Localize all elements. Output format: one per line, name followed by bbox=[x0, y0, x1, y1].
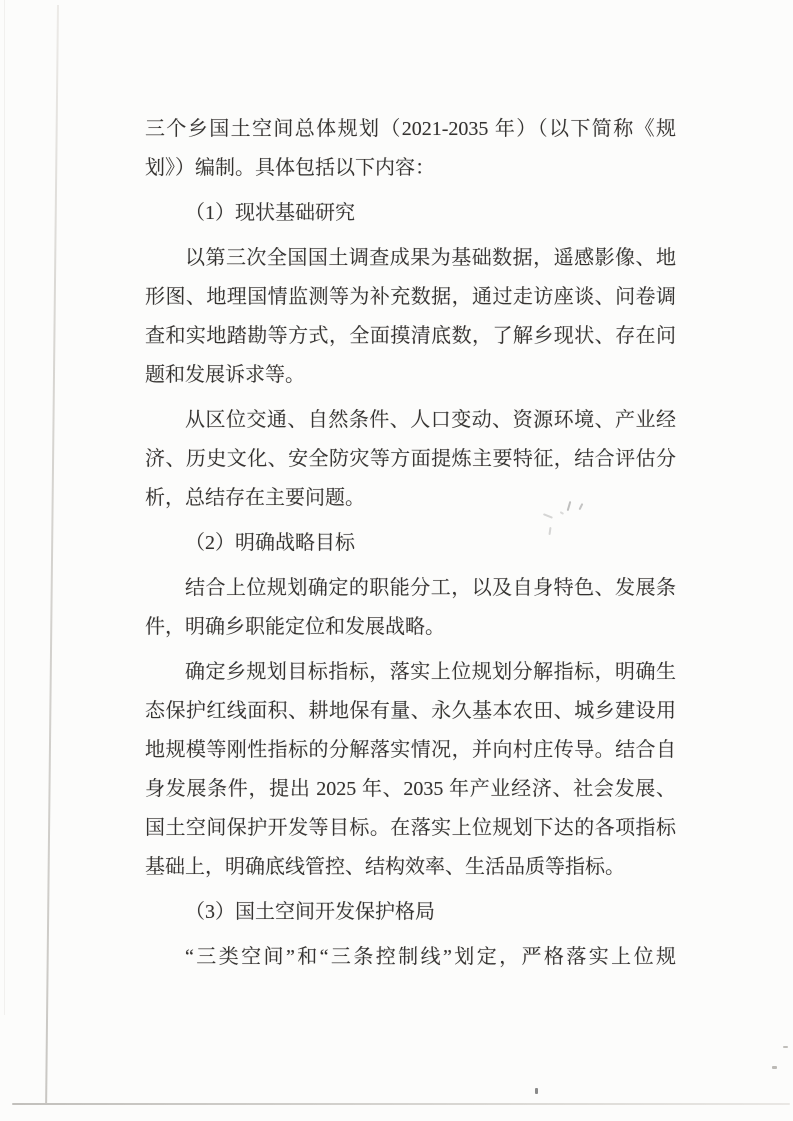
text-line: 划》）编制。具体包括以下内容： bbox=[145, 149, 676, 188]
text-line: 题和发展诉求等。 bbox=[145, 356, 676, 395]
text-line: 态保护红线面积、耕地保有量、永久基本农田、城乡建设用 bbox=[145, 692, 676, 731]
page-bottom-edge-line bbox=[12, 1103, 790, 1105]
text-line: 件，明确乡职能定位和发展战略。 bbox=[145, 608, 676, 647]
page-fold-line bbox=[45, 5, 59, 1104]
text-line: 析，总结存在主要问题。 bbox=[145, 479, 676, 518]
text-line: 查和实地踏勘等方式，全面摸清底数，了解乡现状、存在问 bbox=[145, 317, 676, 356]
text-line: 基础上，明确底线管控、结构效率、生活品质等指标。 bbox=[145, 848, 676, 887]
scan-speck bbox=[772, 1066, 777, 1069]
text-line: 确定乡规划目标指标，落实上位规划分解指标，明确生 bbox=[145, 653, 676, 692]
text-line: 从区位交通、自然条件、人口变动、资源环境、产业经 bbox=[145, 401, 676, 440]
text-line: 三个乡国土空间总体规划（2021-2035 年）（以下简称《规 bbox=[145, 110, 676, 149]
text-line: 以第三次全国国土调查成果为基础数据，遥感影像、地 bbox=[145, 239, 676, 278]
text-line: 地规模等刚性指标的分解落实情况，并向村庄传导。结合自 bbox=[145, 731, 676, 770]
text-line: （3）国土空间开发保护格局 bbox=[145, 893, 676, 932]
text-line: （1）现状基础研究 bbox=[145, 194, 676, 233]
text-line: 结合上位规划确定的职能分工，以及自身特色、发展条 bbox=[145, 569, 676, 608]
scan-speck bbox=[783, 1046, 788, 1048]
text-line: 身发展条件，提出 2025 年、2035 年产业经济、社会发展、 bbox=[145, 770, 676, 809]
scan-left-margin-line bbox=[4, 0, 5, 1015]
text-line: 济、历史文化、安全防灾等方面提炼主要特征，结合评估分 bbox=[145, 440, 676, 479]
text-line: 形图、地理国情监测等为补充数据，通过走访座谈、问卷调 bbox=[145, 278, 676, 317]
scanned-page: 三个乡国土空间总体规划（2021-2035 年）（以下简称《规划》）编制。具体包… bbox=[0, 0, 793, 1121]
text-line: 国土空间保护开发等目标。在落实上位规划下达的各项指标 bbox=[145, 809, 676, 848]
document-text-block: 三个乡国土空间总体规划（2021-2035 年）（以下简称《规划》）编制。具体包… bbox=[145, 110, 676, 977]
text-line: （2）明确战略目标 bbox=[145, 524, 676, 563]
text-line: “三类空间”和“三条控制线”划定，严格落实上位规 bbox=[145, 938, 676, 977]
scan-speck bbox=[535, 1088, 538, 1094]
